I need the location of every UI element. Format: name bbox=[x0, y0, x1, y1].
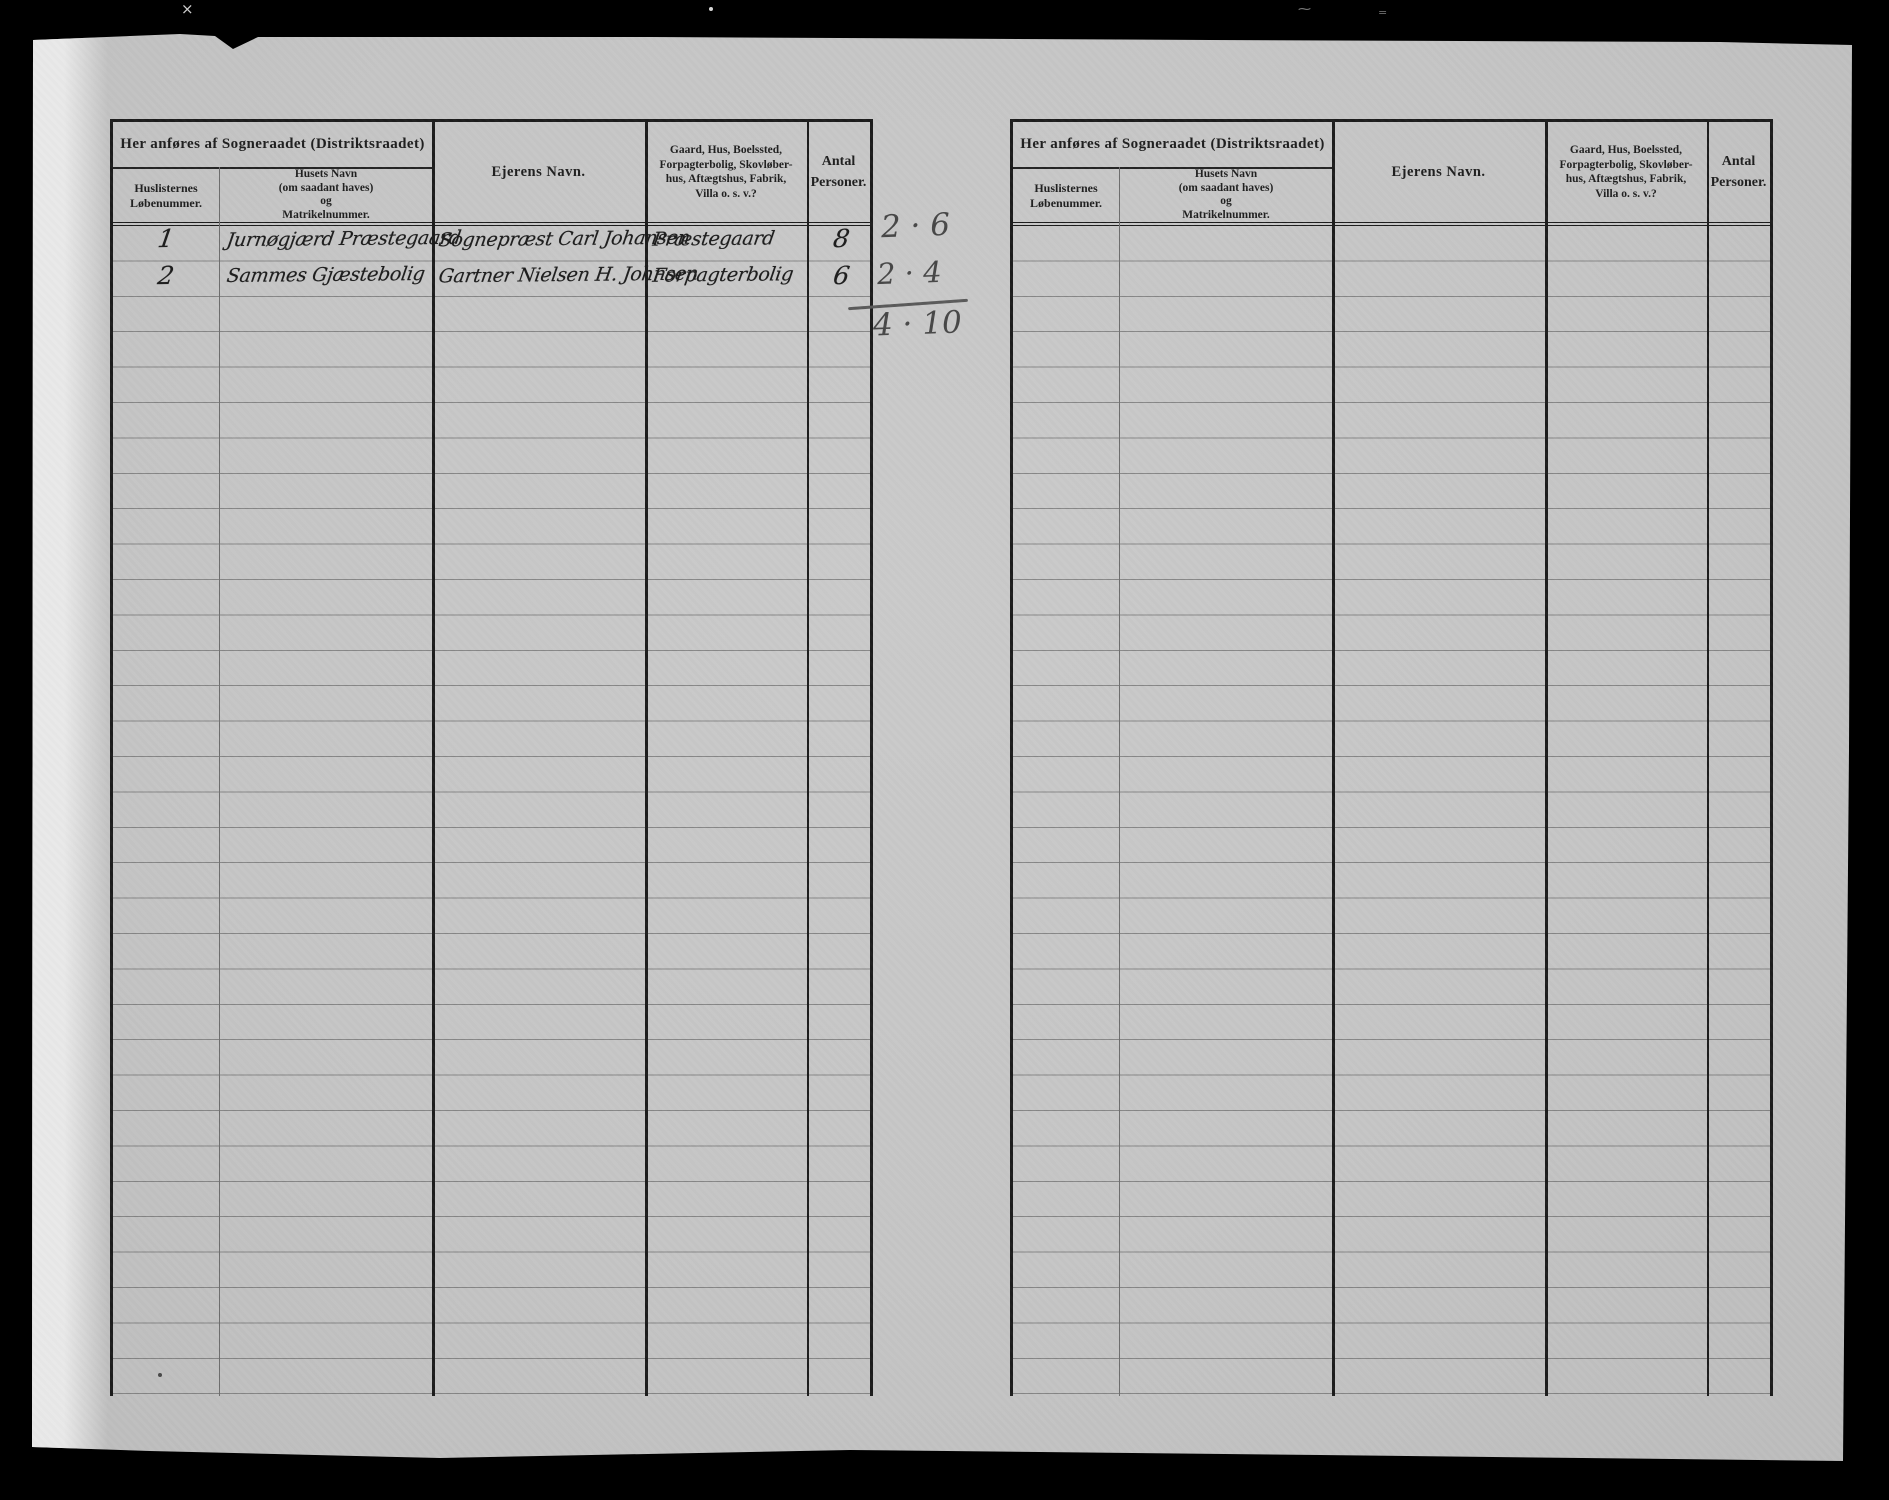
scan-artifact-dot bbox=[709, 7, 713, 11]
column-divider bbox=[1707, 122, 1709, 1396]
column-header-husets-navn: Husets Navn (om saadant haves) og Matrik… bbox=[220, 167, 432, 223]
entry-2-house: Sammes Gjæstebolig bbox=[225, 263, 426, 287]
paper-sheet: Her anføres af Sogneraadet (Distriktsraa… bbox=[30, 30, 1856, 1466]
scan-artifact-equals: = bbox=[1378, 6, 1387, 19]
entry-1-number: 1 bbox=[111, 223, 221, 253]
column-header-antal-personer: Antal Personer. bbox=[807, 122, 870, 222]
entry-1-house: Jurnøgjærd Præstegaard bbox=[225, 227, 462, 251]
column-divider bbox=[645, 122, 648, 1396]
pencil-note-total: 4 · 10 bbox=[872, 304, 962, 343]
column-header-gaard-type: Gaard, Hus, Boelssted, Forpagterbolig, S… bbox=[645, 122, 807, 222]
column-header-gaard-type: Gaard, Hus, Boelssted, Forpagterbolig, S… bbox=[1545, 122, 1707, 222]
right-page-table: Her anføres af Sogneraadet (Distriktsraa… bbox=[1010, 119, 1773, 1396]
column-header-lobenummer: Huslisternes Løbenummer. bbox=[1013, 169, 1119, 222]
column-header-antal-personer: Antal Personer. bbox=[1707, 122, 1770, 222]
entry-2-number: 2 bbox=[111, 260, 221, 290]
group-header-label: Her anføres af Sogneraadet (Distriktsraa… bbox=[120, 136, 425, 153]
scan-artifact-tilde: ⁓ bbox=[1298, 2, 1311, 17]
scan-artifact-cross: × bbox=[181, 0, 194, 18]
entry-1-antal: 8 bbox=[805, 224, 878, 254]
left-table-header: Her anføres af Sogneraadet (Distriktsraa… bbox=[113, 122, 870, 226]
ink-speck bbox=[158, 1373, 162, 1377]
entry-2-type: Forpagterbolig bbox=[651, 263, 794, 286]
right-table-header: Her anføres af Sogneraadet (Distriktsraa… bbox=[1013, 122, 1770, 226]
group-header: Her anføres af Sogneraadet (Distriktsraa… bbox=[113, 122, 432, 169]
pencil-note-row2: 2 · 4 bbox=[876, 255, 942, 291]
column-header-ejerens-navn: Ejerens Navn. bbox=[1332, 122, 1545, 222]
column-header-lobenummer: Huslisternes Løbenummer. bbox=[113, 169, 219, 222]
left-page-table: Her anføres af Sogneraadet (Distriktsraa… bbox=[110, 119, 873, 1396]
column-header-ejerens-navn: Ejerens Navn. bbox=[432, 122, 645, 222]
group-header: Her anføres af Sogneraadet (Distriktsraa… bbox=[1013, 122, 1332, 169]
scanned-census-spread: { "document": { "headers": { "group": "H… bbox=[0, 0, 1889, 1500]
entry-2-antal: 6 bbox=[805, 261, 878, 291]
column-divider bbox=[807, 122, 809, 1396]
column-divider bbox=[432, 122, 435, 1396]
column-divider bbox=[1119, 167, 1120, 1396]
column-divider bbox=[1332, 122, 1335, 1396]
group-header-label: Her anføres af Sogneraadet (Distriktsraa… bbox=[1020, 136, 1325, 153]
column-divider bbox=[219, 167, 220, 1396]
entry-1-type: Præstegaard bbox=[651, 227, 776, 250]
column-divider bbox=[1545, 122, 1548, 1396]
ruled-rows bbox=[113, 226, 870, 1396]
column-header-husets-navn: Husets Navn (om saadant haves) og Matrik… bbox=[1120, 167, 1332, 223]
pencil-note-row1: 2 · 6 bbox=[880, 207, 950, 245]
ruled-rows bbox=[1013, 226, 1770, 1396]
